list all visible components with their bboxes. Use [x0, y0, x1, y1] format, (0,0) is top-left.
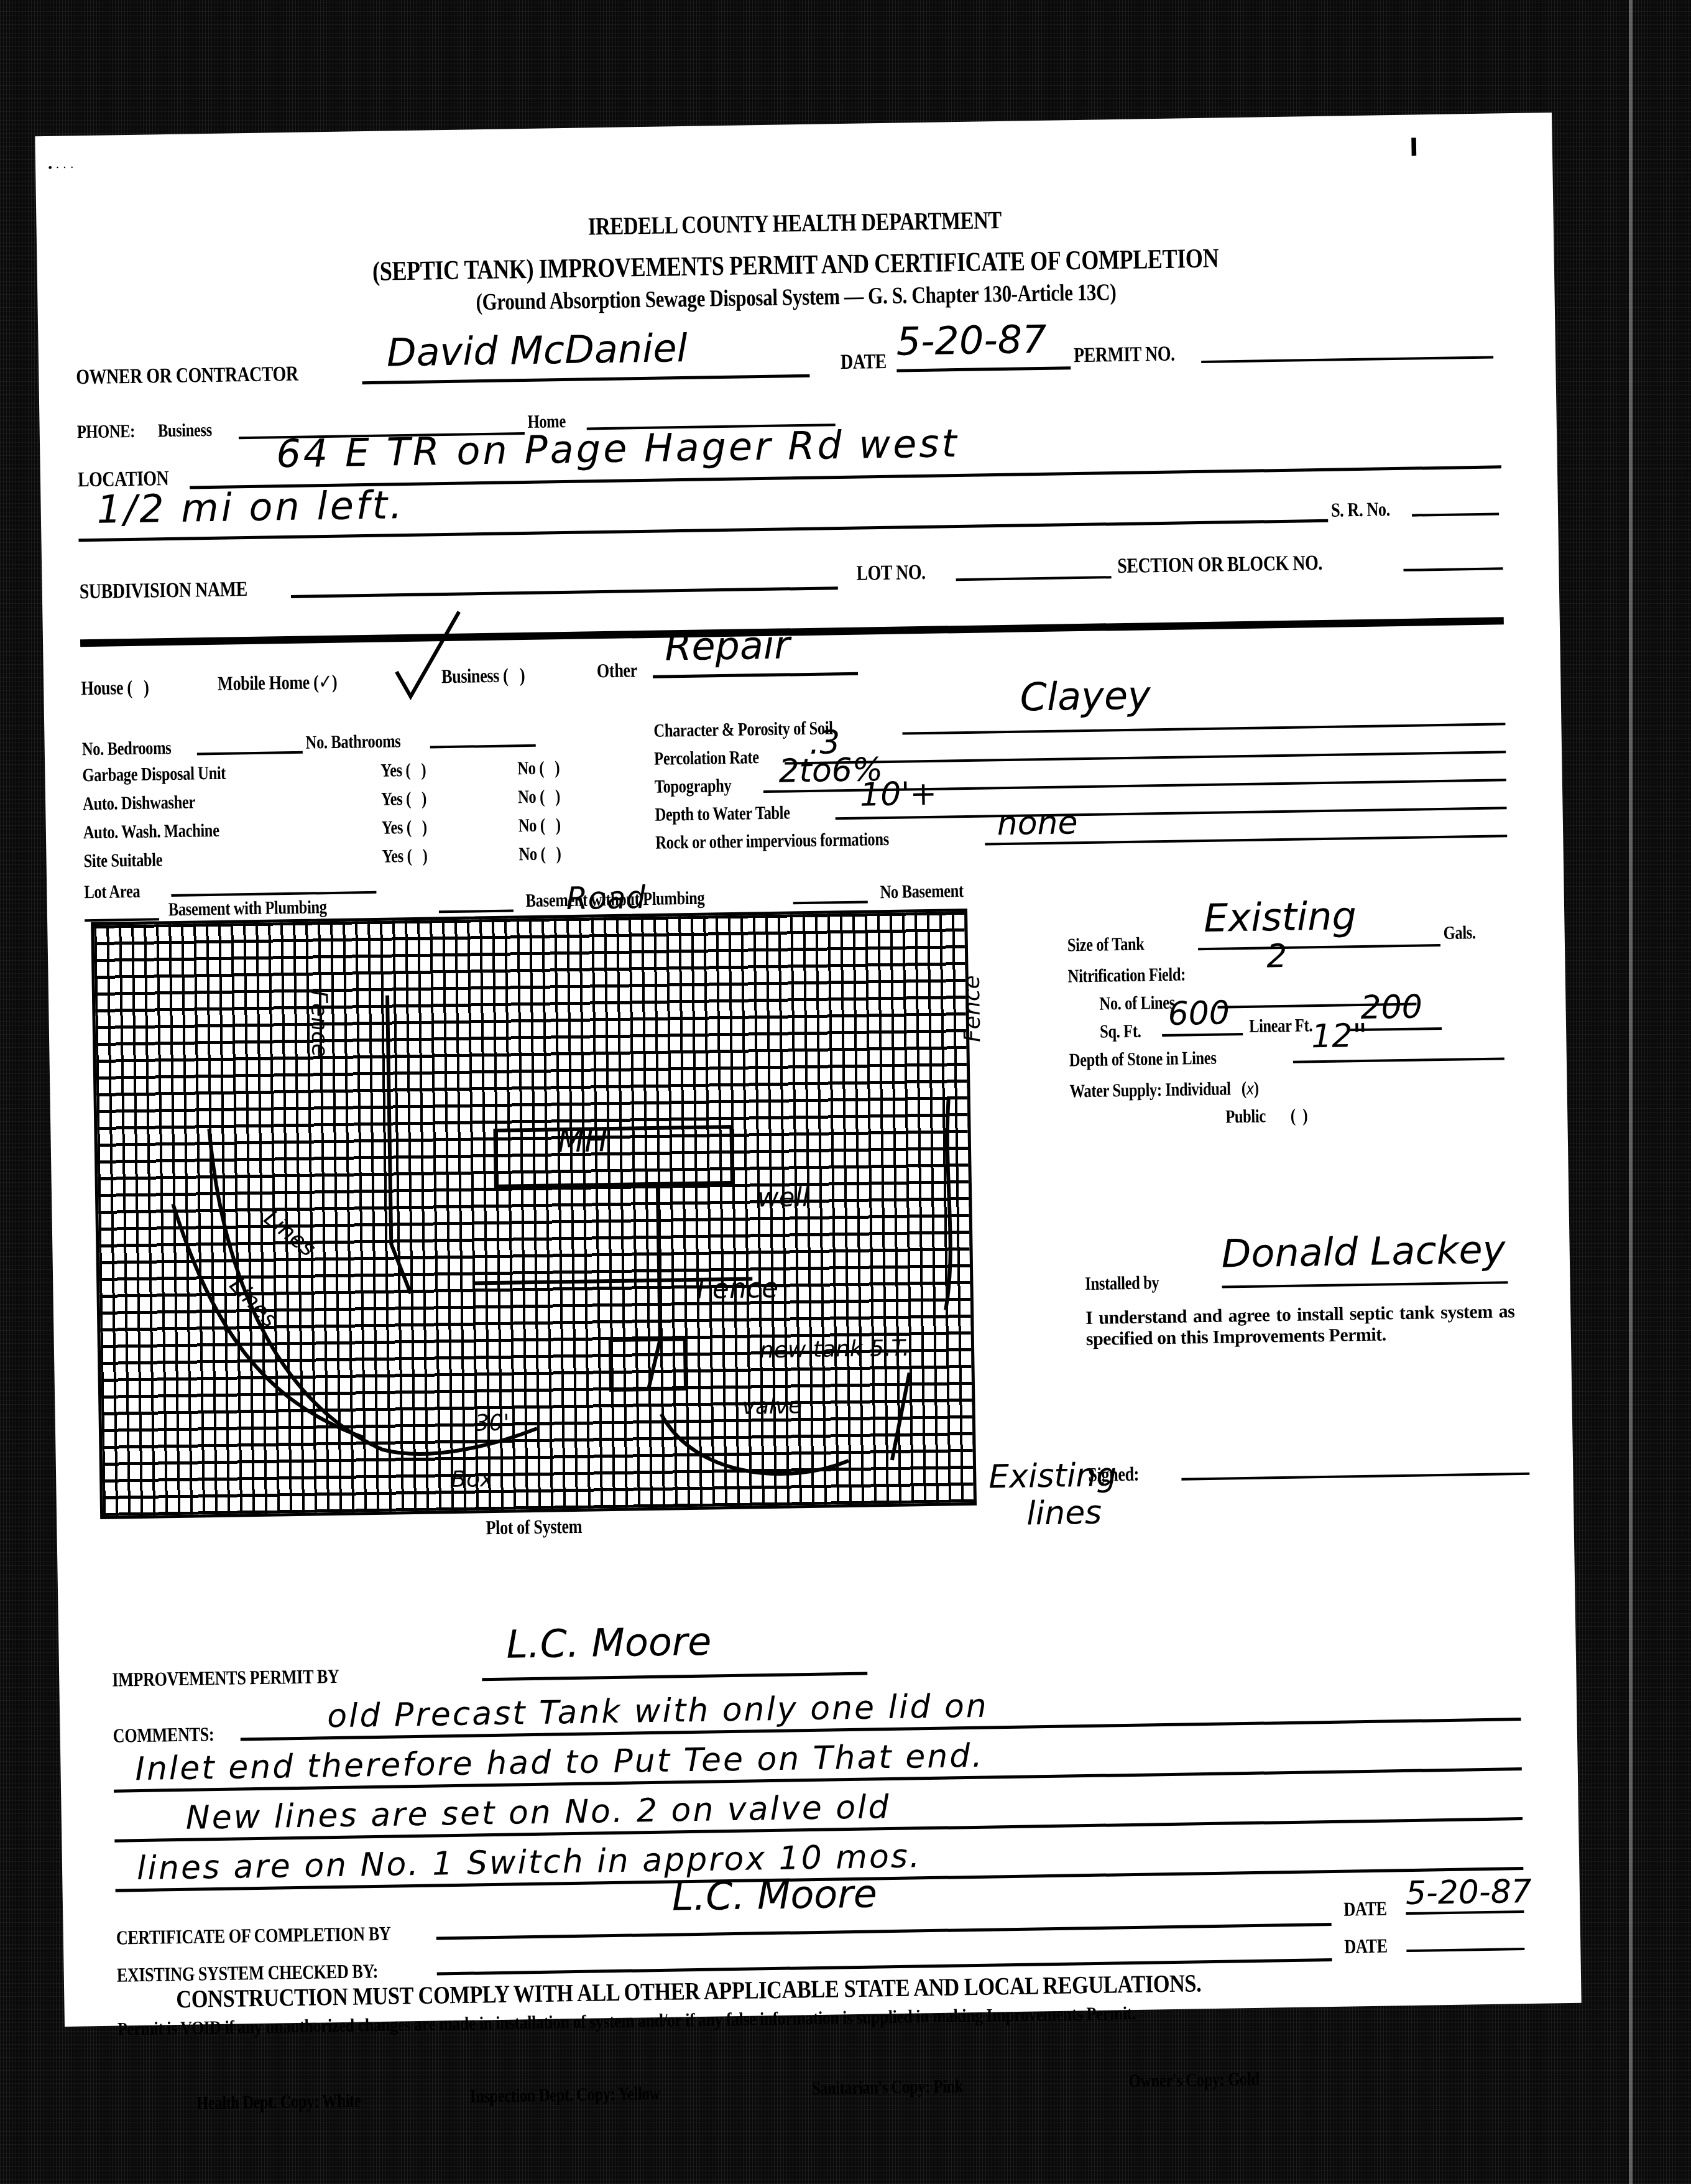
house-option[interactable]: House ( ) — [81, 675, 164, 700]
section-field[interactable] — [1403, 567, 1503, 571]
scan-edge-line — [1629, 0, 1633, 2184]
topography-label: Topography — [655, 775, 749, 797]
check-mark-icon — [390, 609, 466, 710]
business-option[interactable]: Business ( ) — [441, 664, 543, 688]
lot-area-label: Lot Area — [84, 881, 152, 904]
mobile-home-check-icon: ✓ — [318, 670, 332, 693]
certificate-date-label: DATE — [1343, 1897, 1396, 1920]
bathrooms-label: No. Bathrooms — [305, 731, 422, 754]
comments-label: COMMENTS: — [113, 1723, 236, 1747]
public-label[interactable]: Public ( ) — [1225, 1105, 1325, 1128]
phone-label: PHONE: — [76, 421, 147, 443]
date-label: DATE — [841, 350, 897, 374]
existing-date-field[interactable] — [1406, 1948, 1524, 1952]
page-marker: I — [1409, 133, 1419, 162]
household-item-yes[interactable]: Yes ( ) — [382, 817, 437, 838]
improvements-by-label: IMPROVEMENTS PERMIT BY — [112, 1664, 389, 1691]
nitrification-label: Nitrification Field: — [1067, 964, 1211, 988]
bedrooms-label: No. Bedrooms — [82, 738, 191, 761]
certificate-label: CERTIFICATE OF COMPLETION BY — [116, 1921, 451, 1949]
rock-field[interactable]: none — [997, 804, 1078, 843]
bedrooms-field[interactable] — [197, 751, 303, 756]
copy-label: Inspection Dept. Copy: Yellow — [470, 2083, 702, 2108]
plot-dimension-label: 30' — [475, 1410, 510, 1437]
copy-label: Owner's Copy: Gold — [1128, 2068, 1288, 2092]
permit-form: I • · · · IREDELL COUNTY HEALTH DEPARTME… — [35, 113, 1581, 2027]
corner-marks: • · · · — [48, 160, 74, 175]
household-item-label: Garbage Disposal Unit — [82, 762, 257, 786]
rock-label: Rock or other impervious formations — [655, 828, 941, 854]
mobile-home-option[interactable]: Mobile Home (✓) — [218, 669, 364, 695]
plot-road-label: Road — [566, 879, 646, 917]
water-supply-label: Water Supply: Individual (x) — [1069, 1078, 1300, 1103]
date-line — [896, 366, 1071, 372]
existing-date-label: DATE — [1344, 1934, 1397, 1958]
tank-size-field[interactable]: Existing — [1204, 893, 1357, 941]
lot-no-field[interactable] — [956, 576, 1112, 581]
stone-depth-field[interactable]: 12" — [1311, 1017, 1368, 1055]
stone-depth-label: Depth of Stone in Lines — [1069, 1047, 1249, 1071]
plot-caption: Plot of System — [486, 1514, 603, 1539]
basement-with-plumbing-label: Basement with Plumbing — [168, 896, 362, 920]
other-label: Other — [597, 659, 647, 682]
subdivision-field[interactable] — [291, 586, 838, 598]
plot-right-fence-label: Fence — [959, 975, 986, 1042]
plot-left-fence-label: Fence — [306, 990, 333, 1057]
sr-no-label: S. R. No. — [1331, 497, 1403, 522]
signed-field[interactable] — [1181, 1473, 1529, 1481]
basement-without-plumbing-blank[interactable] — [439, 909, 514, 913]
phone-business-label: Business — [157, 420, 224, 442]
plot-sketch — [94, 912, 974, 1516]
installer-agreement: I understand and agree to install septic… — [1085, 1301, 1515, 1350]
permit-no-field[interactable] — [1201, 356, 1493, 363]
signed-label: Signed: — [1088, 1462, 1150, 1486]
location-field-line2[interactable]: 1/2 mi on left. — [96, 482, 405, 532]
household-item-yes[interactable]: Yes ( ) — [381, 788, 436, 810]
other-field[interactable]: Repair — [665, 622, 790, 669]
plot-fence-label: Fence — [696, 1272, 778, 1305]
sq-ft-label: Sq. Ft. — [1100, 1020, 1150, 1042]
certificate-date-field[interactable]: 5-20-87 — [1405, 1873, 1532, 1912]
installed-by-field[interactable]: Donald Lackey — [1221, 1226, 1506, 1276]
no-of-lines-field[interactable]: 2 — [1266, 938, 1288, 976]
section-label: SECTION OR BLOCK NO. — [1117, 551, 1367, 578]
linear-ft-field[interactable]: 200 — [1360, 988, 1422, 1027]
location-field-line1[interactable]: 64 E TR on Page Hager Rd west — [276, 420, 960, 476]
copy-label: Health Dept. Copy: White — [196, 2090, 397, 2114]
individual-mark[interactable]: x — [1246, 1080, 1254, 1099]
plot-valve-label: valve — [742, 1393, 802, 1420]
sq-ft-field[interactable]: 600 — [1168, 994, 1230, 1033]
bathrooms-field[interactable] — [430, 744, 536, 749]
copy-label: Sanitarian's Copy: Pink — [811, 2075, 996, 2099]
section-divider — [80, 617, 1504, 647]
plot-of-system-grid: Road MH well Fence new tank 5.T. valve 3… — [91, 909, 977, 1519]
tank-size-label: Size of Tank — [1067, 933, 1161, 956]
owner-line — [362, 374, 810, 384]
household-item-label: Auto. Dishwasher — [83, 792, 220, 815]
sr-no-field[interactable] — [1412, 512, 1499, 516]
household-item-no[interactable]: No ( ) — [517, 757, 569, 779]
tank-size-unit: Gals. — [1443, 922, 1483, 944]
household-item-label: Site Suitable — [83, 849, 180, 872]
owner-label: OWNER OR CONTRACTOR — [76, 362, 347, 390]
subdivision-label: SUBDIVISION NAME — [79, 577, 284, 604]
plot-box-label: Box — [451, 1466, 494, 1492]
date-field[interactable]: 5-20-87 — [896, 317, 1047, 364]
plot-new-tank-label: new tank 5.T. — [760, 1336, 910, 1364]
water-table-field[interactable]: 10'+ — [860, 775, 938, 814]
household-item-yes[interactable]: Yes ( ) — [380, 759, 436, 781]
plot-mh-label: MH — [557, 1122, 608, 1159]
household-item-label: Auto. Wash. Machine — [83, 820, 249, 843]
no-basement-blank[interactable] — [793, 900, 868, 904]
lot-no-label: LOT NO. — [856, 561, 941, 586]
installed-by-label: Installed by — [1085, 1272, 1175, 1295]
certificate-field[interactable]: L.C. Moore — [671, 1871, 877, 1919]
household-item-no[interactable]: No ( ) — [518, 786, 569, 808]
household-item-no[interactable]: No ( ) — [518, 843, 570, 865]
water-table-label: Depth to Water Table — [655, 802, 819, 826]
plot-well-label: well — [757, 1182, 809, 1213]
no-basement-label: No Basement — [880, 881, 982, 904]
household-item-yes[interactable]: Yes ( ) — [382, 845, 437, 867]
household-item-no[interactable]: No ( ) — [518, 815, 570, 836]
permit-no-label: PERMIT NO. — [1074, 342, 1197, 368]
improvements-by-field[interactable]: L.C. Moore — [506, 1619, 712, 1667]
owner-field[interactable]: David McDaniel — [386, 325, 688, 376]
percolation-label: Percolation Rate — [654, 747, 782, 770]
soil-character-field[interactable]: Clayey — [1020, 672, 1151, 720]
